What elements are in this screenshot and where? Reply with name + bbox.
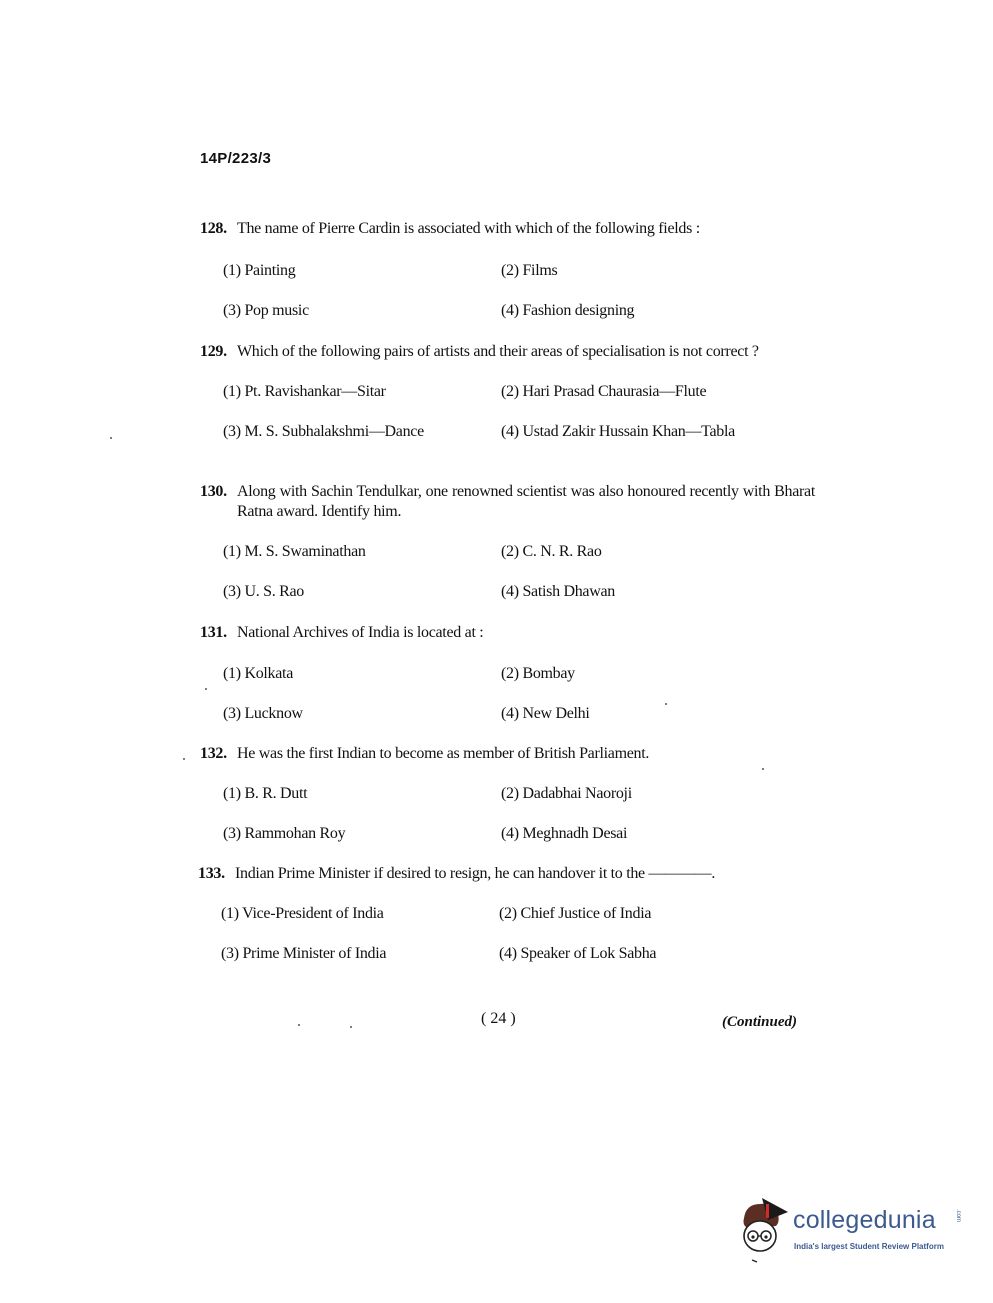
question-text: Which of the following pairs of artists … xyxy=(237,342,815,362)
option-3: (3) Lucknow xyxy=(223,704,501,724)
option-3: (3) M. S. Subhalakshmi—Dance xyxy=(223,422,501,442)
question-text: Indian Prime Minister if desired to resi… xyxy=(235,864,813,884)
option-3: (3) U. S. Rao xyxy=(223,582,501,602)
option-2: (2) Bombay xyxy=(501,664,801,684)
scan-speck xyxy=(298,1024,300,1026)
question-text: He was the first Indian to become as mem… xyxy=(237,744,815,764)
brand-domain: .com xyxy=(955,1209,961,1222)
scan-speck xyxy=(205,688,207,690)
question-text: The name of Pierre Cardin is associated … xyxy=(237,219,815,239)
option-4: (4) Satish Dhawan xyxy=(501,582,801,602)
question-number: 129. xyxy=(200,342,237,362)
option-2: (2) C. N. R. Rao xyxy=(501,542,801,562)
question-132: 132. He was the first Indian to become a… xyxy=(200,744,815,844)
question-number: 128. xyxy=(200,219,237,239)
collegedunia-logo: collegedunia .com India's largest Studen… xyxy=(738,1196,963,1266)
option-4: (4) Meghnadh Desai xyxy=(501,824,801,844)
continued-label: (Continued) xyxy=(722,1014,797,1031)
option-3: (3) Pop music xyxy=(223,301,501,321)
option-2: (2) Films xyxy=(501,261,801,281)
option-3: (3) Rammohan Roy xyxy=(223,824,501,844)
option-1: (1) Painting xyxy=(223,261,501,281)
option-4: (4) Ustad Zakir Hussain Khan—Tabla xyxy=(501,422,801,442)
option-2: (2) Dadabhai Naoroji xyxy=(501,784,801,804)
question-number: 133. xyxy=(198,864,235,884)
option-3: (3) Prime Minister of India xyxy=(221,944,499,964)
question-128: 128. The name of Pierre Cardin is associ… xyxy=(200,219,815,321)
question-129: 129. Which of the following pairs of art… xyxy=(200,342,815,442)
question-number: 130. xyxy=(200,482,237,522)
scan-speck xyxy=(110,437,112,439)
option-4: (4) Speaker of Lok Sabha xyxy=(499,944,799,964)
scan-speck xyxy=(762,768,764,770)
question-number: 132. xyxy=(200,744,237,764)
brand-tagline: India's largest Student Review Platform xyxy=(794,1242,944,1251)
option-4: (4) Fashion designing xyxy=(501,301,801,321)
scan-speck xyxy=(183,758,185,760)
option-1: (1) Vice-President of India xyxy=(221,904,499,924)
option-1: (1) Kolkata xyxy=(223,664,501,684)
question-text: National Archives of India is located at… xyxy=(237,623,815,643)
option-4: (4) New Delhi xyxy=(501,704,801,724)
option-1: (1) M. S. Swaminathan xyxy=(223,542,501,562)
option-1: (1) Pt. Ravishankar—Sitar xyxy=(223,382,501,402)
option-1: (1) B. R. Dutt xyxy=(223,784,501,804)
scan-speck xyxy=(665,703,667,705)
mascot-icon xyxy=(738,1196,798,1266)
question-133: 133. Indian Prime Minister if desired to… xyxy=(198,864,813,964)
question-131: 131. National Archives of India is locat… xyxy=(200,623,815,724)
question-130: 130. Along with Sachin Tendulkar, one re… xyxy=(200,482,815,602)
page-code: 14P/223/3 xyxy=(200,150,271,167)
brand-name: collegedunia xyxy=(793,1206,936,1235)
scan-speck xyxy=(350,1026,352,1028)
page-number: ( 24 ) xyxy=(481,1010,516,1028)
question-number: 131. xyxy=(200,623,237,643)
question-text: Along with Sachin Tendulkar, one renowne… xyxy=(237,482,815,522)
option-2: (2) Chief Justice of India xyxy=(499,904,799,924)
option-2: (2) Hari Prasad Chaurasia—Flute xyxy=(501,382,801,402)
